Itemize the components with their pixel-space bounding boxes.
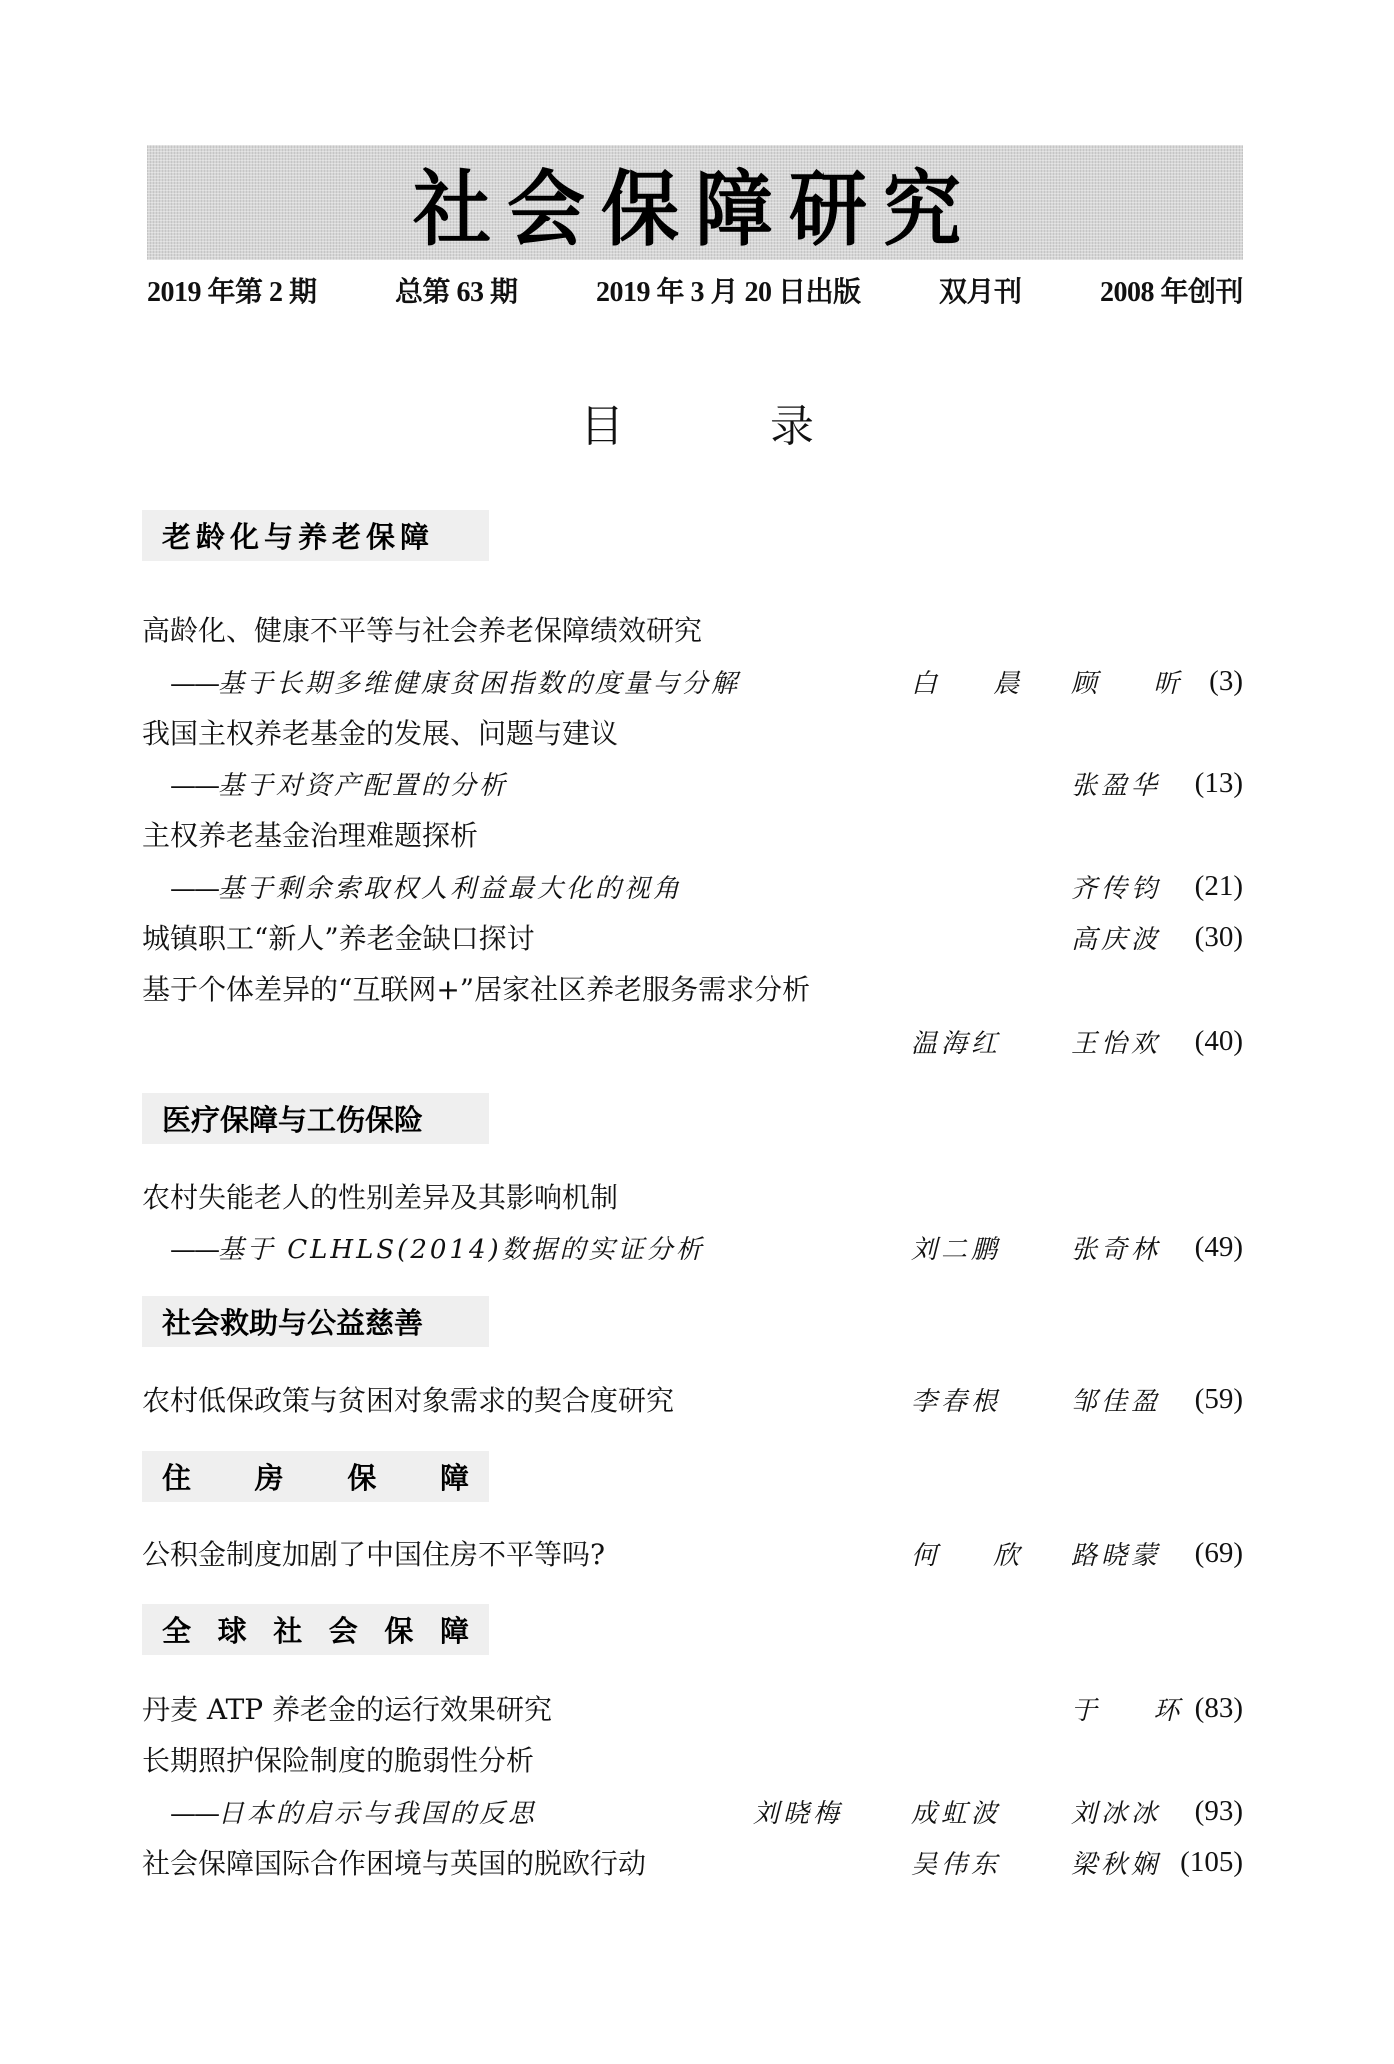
author: 王怡欢: [1071, 1023, 1161, 1060]
page-number[interactable]: (105): [1180, 1846, 1243, 1879]
toc-entry-subtitle: ——基于对资产配置的分析 张盈华 (13): [142, 763, 1243, 803]
author: 于 环: [1071, 1690, 1203, 1727]
author: 温海红: [911, 1023, 1001, 1060]
toc-heading: 目录: [0, 390, 1394, 454]
em-dash: ——: [170, 1235, 218, 1265]
toc-entry[interactable]: 主权养老基金治理难题探析: [142, 814, 1243, 854]
author: 张盈华: [1071, 765, 1161, 802]
article-title[interactable]: 长期照护保险制度的脆弱性分析: [142, 1739, 534, 1779]
author: 刘晓梅: [753, 1793, 843, 1830]
section-title: 医疗保障与工伤保险: [162, 1098, 423, 1139]
subtitle-text: 基于剩余索取权人利益最大化的视角: [218, 874, 682, 904]
article-title[interactable]: 农村失能老人的性别差异及其影响机制: [142, 1176, 618, 1216]
author: 齐传钧: [1071, 868, 1161, 905]
section-title-char: 保: [384, 1609, 413, 1650]
section-title-char: 房: [255, 1456, 284, 1497]
toc-heading-char: 录: [752, 390, 832, 454]
author: 路晓蒙: [1071, 1535, 1161, 1572]
section-title-char: 全: [162, 1609, 191, 1650]
author: 白 晨: [911, 663, 1043, 700]
subtitle-text: 基于长期多维健康贫困指数的度量与分解: [218, 669, 740, 699]
article-title[interactable]: 基于个体差异的“互联网+”居家社区养老服务需求分析: [142, 968, 810, 1008]
article-subtitle: ——基于 CLHLS(2014)数据的实证分析: [142, 1229, 705, 1266]
article-subtitle: ——基于剩余索取权人利益最大化的视角: [142, 868, 682, 905]
toc-entry[interactable]: 我国主权养老基金的发展、问题与建议: [142, 712, 1243, 752]
toc-entry-subtitle: ——基于剩余索取权人利益最大化的视角 齐传钧 (21): [142, 866, 1243, 906]
section-header-medical: 医疗保障与工伤保险: [142, 1093, 489, 1144]
author: 张奇林: [1071, 1229, 1161, 1266]
section-title-char: 障: [440, 1456, 469, 1497]
page-number[interactable]: (40): [1195, 1025, 1243, 1058]
publication-date: 2019 年 3 月 20 日出版: [596, 270, 861, 310]
article-subtitle: ——日本的启示与我国的反思: [142, 1793, 537, 1830]
page-number[interactable]: (49): [1195, 1231, 1243, 1264]
total-issue-number: 总第 63 期: [395, 270, 518, 310]
page-number[interactable]: (59): [1195, 1383, 1243, 1416]
toc-entry[interactable]: 基于个体差异的“互联网+”居家社区养老服务需求分析: [142, 968, 1243, 1008]
toc-entry[interactable]: 农村失能老人的性别差异及其影响机制: [142, 1176, 1243, 1216]
toc-entry[interactable]: 长期照护保险制度的脆弱性分析: [142, 1739, 1243, 1779]
toc-entry-subtitle: ——基于 CLHLS(2014)数据的实证分析 刘二鹏 张奇林 (49): [142, 1227, 1243, 1267]
page-number[interactable]: (3): [1209, 665, 1243, 698]
article-subtitle: ——基于对资产配置的分析: [142, 765, 508, 802]
issue-number: 2019 年第 2 期: [147, 270, 317, 310]
toc-entry-authors: 温海红 王怡欢 (40): [142, 1021, 1243, 1061]
toc-entry-subtitle: ——基于长期多维健康贫困指数的度量与分解 白 晨 顾 昕 (3): [142, 661, 1243, 701]
subtitle-text: 基于对资产配置的分析: [218, 771, 508, 801]
em-dash: ——: [170, 669, 218, 699]
page-number[interactable]: (69): [1195, 1537, 1243, 1570]
journal-banner: 社会保障研究: [147, 145, 1243, 260]
toc-heading-char: 目: [562, 390, 642, 454]
section-header-aging: 老龄化与养老保障: [142, 510, 489, 561]
section-title-char: 球: [218, 1609, 247, 1650]
page-number[interactable]: (21): [1195, 870, 1243, 903]
section-title: 老龄化与养老保障: [162, 515, 434, 556]
frequency: 双月刊: [939, 270, 1022, 310]
section-title-char: 社: [273, 1609, 302, 1650]
section-header-social-assistance: 社会救助与公益慈善: [142, 1296, 489, 1347]
section-title-char: 保: [347, 1456, 376, 1497]
section-title-char: 住: [162, 1456, 191, 1497]
page-number[interactable]: (93): [1195, 1795, 1243, 1828]
page-number[interactable]: (83): [1195, 1692, 1243, 1725]
toc-entry[interactable]: 城镇职工“新人”养老金缺口探讨 高庆波 (30): [142, 917, 1243, 957]
article-title[interactable]: 主权养老基金治理难题探析: [142, 814, 478, 854]
article-title[interactable]: 农村低保政策与贫困对象需求的契合度研究: [142, 1379, 674, 1419]
author: 邹佳盈: [1071, 1381, 1161, 1418]
em-dash: ——: [170, 771, 218, 801]
article-subtitle: ——基于长期多维健康贫困指数的度量与分解: [142, 663, 740, 700]
page-number[interactable]: (30): [1195, 921, 1243, 954]
section-header-global: 全 球 社 会 保 障: [142, 1604, 489, 1655]
article-title[interactable]: 我国主权养老基金的发展、问题与建议: [142, 712, 618, 752]
author: 李春根: [911, 1381, 1001, 1418]
issue-info-line: 2019 年第 2 期 总第 63 期 2019 年 3 月 20 日出版 双月…: [147, 270, 1243, 310]
subtitle-text: 基于 CLHLS(2014)数据的实证分析: [218, 1235, 705, 1265]
toc-entry[interactable]: 农村低保政策与贫困对象需求的契合度研究 李春根 邹佳盈 (59): [142, 1379, 1243, 1419]
toc-entry[interactable]: 社会保障国际合作困境与英国的脱欧行动 吴伟东 梁秋娴 (105): [142, 1842, 1243, 1882]
em-dash: ——: [170, 874, 218, 904]
toc-entry-subtitle: ——日本的启示与我国的反思 刘晓梅 成虹波 刘冰冰 (93): [142, 1791, 1243, 1831]
toc-entry[interactable]: 公积金制度加剧了中国住房不平等吗? 何 欣 路晓蒙 (69): [142, 1533, 1243, 1573]
toc-entry[interactable]: 高龄化、健康不平等与社会养老保障绩效研究: [142, 609, 1243, 649]
author: 何 欣: [911, 1535, 1043, 1572]
subtitle-text: 日本的启示与我国的反思: [218, 1799, 537, 1829]
author: 梁秋娴: [1071, 1844, 1161, 1881]
section-header-housing: 住 房 保 障: [142, 1451, 489, 1502]
author: 成虹波: [911, 1793, 1001, 1830]
author: 刘冰冰: [1071, 1793, 1161, 1830]
article-title[interactable]: 社会保障国际合作困境与英国的脱欧行动: [142, 1842, 646, 1882]
article-title[interactable]: 丹麦 ATP 养老金的运行效果研究: [142, 1688, 552, 1728]
article-title[interactable]: 高龄化、健康不平等与社会养老保障绩效研究: [142, 609, 702, 649]
toc-entry[interactable]: 丹麦 ATP 养老金的运行效果研究 于 环 (83): [142, 1688, 1243, 1728]
author: 刘二鹏: [911, 1229, 1001, 1266]
section-title: 社会救助与公益慈善: [162, 1301, 423, 1342]
journal-title: 社会保障研究: [413, 144, 977, 262]
em-dash: ——: [170, 1799, 218, 1829]
section-title-char: 障: [440, 1609, 469, 1650]
article-title[interactable]: 公积金制度加剧了中国住房不平等吗?: [142, 1533, 605, 1573]
page-number[interactable]: (13): [1195, 767, 1243, 800]
author: 吴伟东: [911, 1844, 1001, 1881]
article-title[interactable]: 城镇职工“新人”养老金缺口探讨: [142, 917, 535, 957]
author: 高庆波: [1071, 919, 1161, 956]
founded-year: 2008 年创刊: [1100, 270, 1243, 310]
author: 顾 昕: [1071, 663, 1203, 700]
section-title-char: 会: [329, 1609, 358, 1650]
